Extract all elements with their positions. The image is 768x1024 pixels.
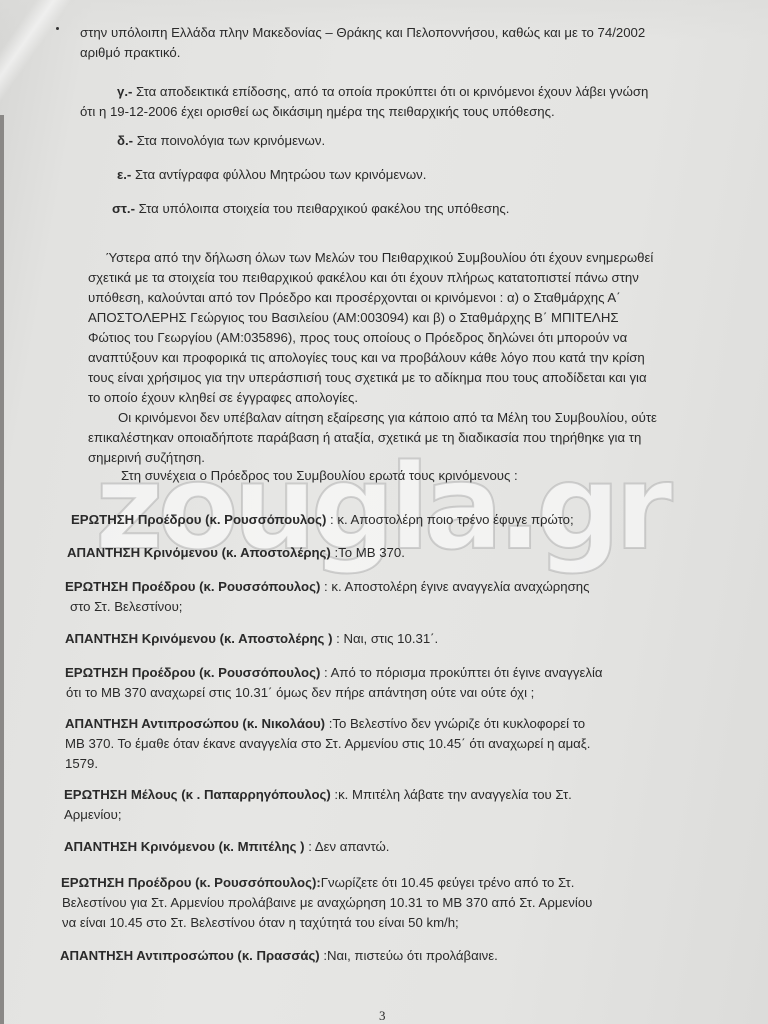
text-line: σχετικά με τα στοιχεία του πειθαρχικού φ… [88, 270, 639, 286]
text-line: ΕΡΩΤΗΣΗ Προέδρου (κ. Ρουσσόπουλος):Γνωρί… [61, 875, 574, 891]
line-text: το οποίο έχουν κληθεί σε έγγραφες απολογ… [88, 390, 358, 405]
bold-label: ΑΠΑΝΤΗΣΗ Αντιπροσώπου (κ. Πρασσάς) [60, 948, 320, 963]
ink-dot [56, 27, 59, 30]
line-text: Στα αποδεικτικά επίδοσης, από τα οποία π… [132, 84, 648, 99]
line-text: :κ. Μπιτέλη λάβατε την αναγγελία του Στ. [331, 787, 572, 802]
bold-label: ΕΡΩΤΗΣΗ Προέδρου (κ. Ρουσσόπουλος) [65, 665, 320, 680]
bold-label: δ.- [117, 133, 133, 148]
bold-label: ΑΠΑΝΤΗΣΗ Αντιπροσώπου (κ. Νικολάου) [65, 716, 325, 731]
text-line: αριθμό πρακτικό. [80, 45, 180, 61]
text-line: Στη συνέχεια ο Πρόεδρος του Συμβουλίου ε… [121, 468, 518, 484]
line-text: : Ναι, στις 10.31΄. [332, 631, 438, 646]
text-line: ΜΒ 370. Το έμαθε όταν έκανε αναγγελία στ… [65, 736, 590, 752]
line-text: :Το ΜΒ 370. [331, 545, 405, 560]
line-text: υπόθεση, καλούνται από τον Πρόεδρο και π… [88, 290, 621, 305]
line-text: σημερινή συζήτηση. [88, 450, 205, 465]
line-text: ότι η 19-12-2006 έχει ορισθεί ως δικάσιμ… [80, 104, 555, 119]
line-text: Φώτιος του Γεωργίου (ΑΜ:035896), προς το… [88, 330, 627, 345]
bold-label: ΕΡΩΤΗΣΗ Προέδρου (κ. Ρουσσόπουλος) [71, 512, 326, 527]
text-line: ΑΠΑΝΤΗΣΗ Αντιπροσώπου (κ. Νικολάου) :Το … [65, 716, 585, 732]
line-text: : κ. Αποστολέρη έγινε αναγγελία αναχώρησ… [320, 579, 589, 594]
bold-label: ΕΡΩΤΗΣΗ Προέδρου (κ. Ρουσσόπουλος): [61, 875, 321, 890]
text-line: Βελεστίνου για Στ. Αρμενίου προλάβαινε μ… [62, 895, 592, 911]
bold-label: ΕΡΩΤΗΣΗ Προέδρου (κ. Ρουσσόπουλος) [65, 579, 320, 594]
line-text: τους είναι χρήσιμος για την υπεράσπισή τ… [88, 370, 647, 385]
text-line: ότι η 19-12-2006 έχει ορισθεί ως δικάσιμ… [80, 104, 555, 120]
text-line: το οποίο έχουν κληθεί σε έγγραφες απολογ… [88, 390, 358, 406]
bold-label: ΑΠΑΝΤΗΣΗ Κρινόμενου (κ. Μπιτέλης ) [64, 839, 305, 854]
line-text: στο Στ. Βελεστίνου; [70, 599, 182, 614]
page-number: 3 [379, 1008, 386, 1024]
line-text: Στα αντίγραφα φύλλου Μητρώου των κρινόμε… [131, 167, 426, 182]
text-line: στο Στ. Βελεστίνου; [70, 599, 182, 615]
text-line: ΕΡΩΤΗΣΗ Μέλους (κ . Παπαρρηγόπουλος) :κ.… [64, 787, 572, 803]
text-line: ΑΠΑΝΤΗΣΗ Κρινόμενου (κ. Αποστολέρης ) : … [65, 631, 438, 647]
line-text: 1579. [65, 756, 98, 771]
text-line: 1579. [65, 756, 98, 772]
line-text: στην υπόλοιπη Ελλάδα πλην Μακεδονίας – Θ… [80, 25, 645, 40]
text-line: τους είναι χρήσιμος για την υπεράσπισή τ… [88, 370, 647, 386]
text-line: σημερινή συζήτηση. [88, 450, 205, 466]
bold-label: γ.- [117, 84, 132, 99]
paper-edge [0, 115, 4, 1024]
text-line: Φώτιος του Γεωργίου (ΑΜ:035896), προς το… [88, 330, 627, 346]
bold-label: στ.- [112, 201, 135, 216]
text-line: υπόθεση, καλούνται από τον Πρόεδρο και π… [88, 290, 621, 306]
line-text: Στα ποινολόγια των κρινόμενων. [133, 133, 325, 148]
line-text: :Το Βελεστίνο δεν γνώριζε ότι κυκλοφορεί… [325, 716, 585, 731]
text-line: ΕΡΩΤΗΣΗ Προέδρου (κ. Ρουσσόπουλος) : κ. … [65, 579, 589, 595]
bold-label: ΕΡΩΤΗΣΗ Μέλους (κ . Παπαρρηγόπουλος) [64, 787, 331, 802]
line-text: αναπτύξουν και προφορικά τις απολογίες τ… [88, 350, 645, 365]
text-line: στ.- Στα υπόλοιπα στοιχεία του πειθαρχικ… [112, 201, 509, 217]
line-text: : Από το πόρισμα προκύπτει ότι έγινε ανα… [320, 665, 602, 680]
line-text: Γνωρίζετε ότι 10.45 φεύγει τρένο από το … [321, 875, 575, 890]
text-line: ΕΡΩΤΗΣΗ Προέδρου (κ. Ρουσσόπουλος) : Από… [65, 665, 603, 681]
light-glare [0, 0, 80, 130]
text-line: Ύστερα από την δήλωση όλων των Μελών του… [106, 250, 653, 266]
line-text: :Ναι, πιστεύω ότι προλάβαινε. [320, 948, 498, 963]
text-line: ΕΡΩΤΗΣΗ Προέδρου (κ. Ρουσσόπουλος) : κ. … [71, 512, 574, 528]
text-line: επικαλέστηκαν οποιαδήποτε παράβαση ή ατα… [88, 430, 641, 446]
line-text: να είναι 10.45 στο Στ. Βελεστίνου όταν η… [62, 915, 459, 930]
line-text: Στα υπόλοιπα στοιχεία του πειθαρχικού φα… [135, 201, 509, 216]
line-text: : κ. Αποστολέρη ποιο τρένο έφυγε πρώτο; [326, 512, 573, 527]
text-line: Οι κρινόμενοι δεν υπέβαλαν αίτηση εξαίρε… [118, 410, 657, 426]
line-text: σχετικά με τα στοιχεία του πειθαρχικού φ… [88, 270, 639, 285]
line-text: ότι το ΜΒ 370 αναχωρεί στις 10.31΄ όμως … [66, 685, 534, 700]
line-text: Ύστερα από την δήλωση όλων των Μελών του… [106, 250, 653, 265]
line-text: ΑΠΟΣΤΟΛΕΡΗΣ Γεώργιος του Βασιλείου (ΑΜ:0… [88, 310, 619, 325]
text-line: ΑΠΟΣΤΟΛΕΡΗΣ Γεώργιος του Βασιλείου (ΑΜ:0… [88, 310, 619, 326]
line-text: ΜΒ 370. Το έμαθε όταν έκανε αναγγελία στ… [65, 736, 590, 751]
text-line: ΑΠΑΝΤΗΣΗ Κρινόμενου (κ. Αποστολέρης) :Το… [67, 545, 405, 561]
line-text: Οι κρινόμενοι δεν υπέβαλαν αίτηση εξαίρε… [118, 410, 657, 425]
line-text: επικαλέστηκαν οποιαδήποτε παράβαση ή ατα… [88, 430, 641, 445]
text-line: ε.- Στα αντίγραφα φύλλου Μητρώου των κρι… [117, 167, 426, 183]
line-text: Βελεστίνου για Στ. Αρμενίου προλάβαινε μ… [62, 895, 592, 910]
line-text: αριθμό πρακτικό. [80, 45, 180, 60]
text-line: να είναι 10.45 στο Στ. Βελεστίνου όταν η… [62, 915, 459, 931]
text-line: ΑΠΑΝΤΗΣΗ Αντιπροσώπου (κ. Πρασσάς) :Ναι,… [60, 948, 498, 964]
line-text: Στη συνέχεια ο Πρόεδρος του Συμβουλίου ε… [121, 468, 518, 483]
bold-label: ΑΠΑΝΤΗΣΗ Κρινόμενου (κ. Αποστολέρης ) [65, 631, 332, 646]
text-line: ΑΠΑΝΤΗΣΗ Κρινόμενου (κ. Μπιτέλης ) : Δεν… [64, 839, 389, 855]
text-line: γ.- Στα αποδεικτικά επίδοσης, από τα οπο… [117, 84, 648, 100]
text-line: αναπτύξουν και προφορικά τις απολογίες τ… [88, 350, 645, 366]
text-line: δ.- Στα ποινολόγια των κρινόμενων. [117, 133, 325, 149]
line-text: : Δεν απαντώ. [305, 839, 390, 854]
text-line: ότι το ΜΒ 370 αναχωρεί στις 10.31΄ όμως … [66, 685, 534, 701]
text-line: Αρμενίου; [64, 807, 122, 823]
text-line: στην υπόλοιπη Ελλάδα πλην Μακεδονίας – Θ… [80, 25, 645, 41]
bold-label: ΑΠΑΝΤΗΣΗ Κρινόμενου (κ. Αποστολέρης) [67, 545, 331, 560]
line-text: Αρμενίου; [64, 807, 122, 822]
bold-label: ε.- [117, 167, 131, 182]
